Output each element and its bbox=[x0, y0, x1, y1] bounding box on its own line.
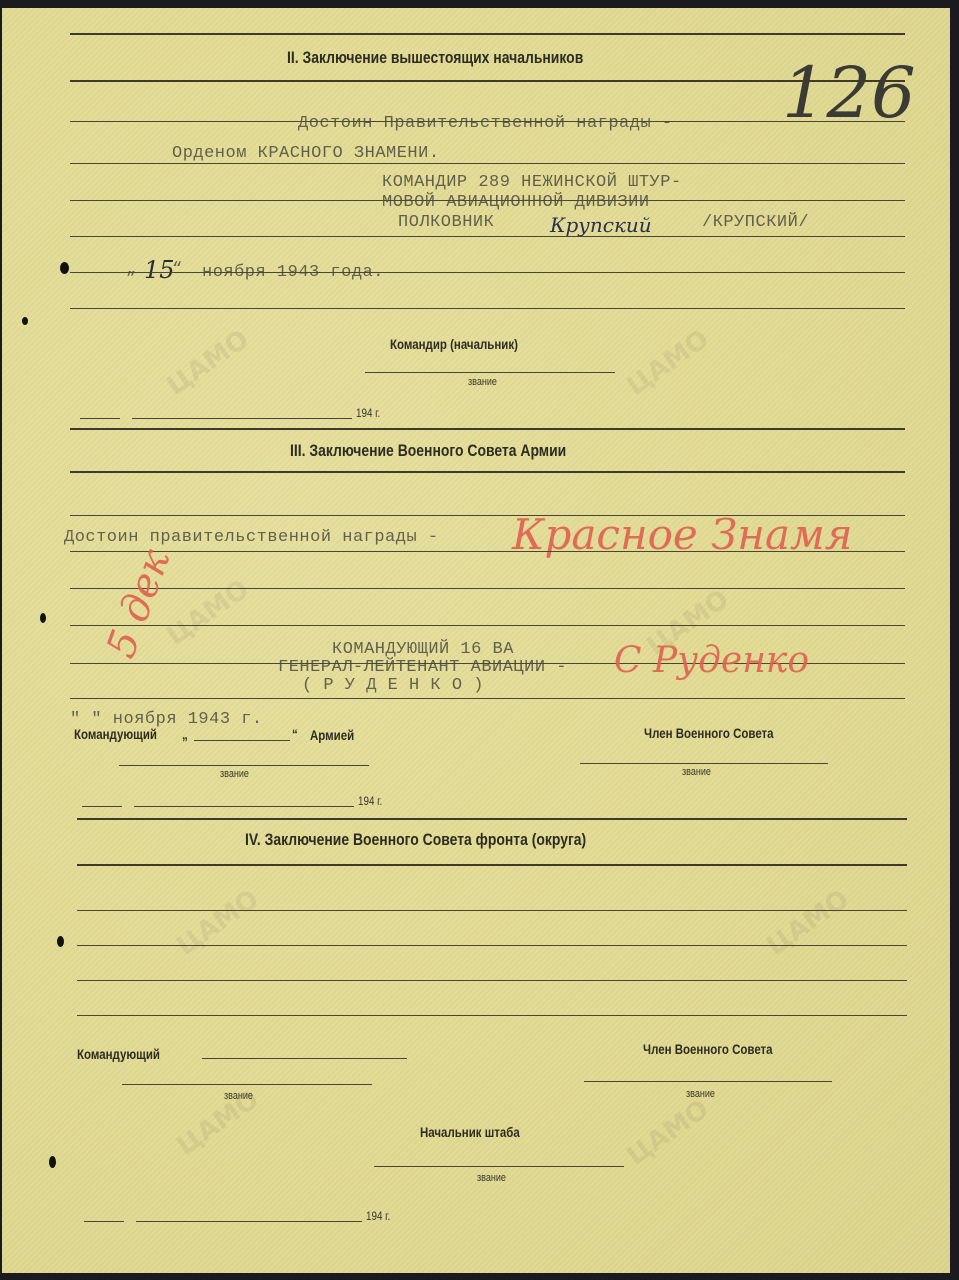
signature-rudenko-red: С Руденко bbox=[614, 640, 809, 681]
archive-watermark: ЦАМО bbox=[622, 1094, 715, 1171]
rank-caption: звание bbox=[477, 1172, 506, 1184]
archive-watermark: ЦАМО bbox=[622, 324, 715, 401]
document-page: ЦАМО ЦАМО ЦАМО ЦАМО ЦАМО ЦАМО ЦАМО ЦАМО … bbox=[2, 8, 950, 1273]
section-3-title: III. Заключение Военного Совета Армии bbox=[290, 441, 566, 461]
signature-line bbox=[584, 1081, 832, 1082]
archive-watermark: ЦАМО bbox=[162, 324, 255, 401]
signature-line bbox=[365, 372, 615, 373]
army-commander-label: Командующий bbox=[74, 726, 157, 742]
divider bbox=[77, 864, 907, 866]
date-quote-close: “ bbox=[172, 260, 183, 279]
army-quote-close: “ bbox=[292, 726, 298, 742]
date-month-line bbox=[134, 806, 354, 807]
signer-rank-typed: ПОЛКОВНИК bbox=[398, 213, 494, 232]
signer-title-typed: КОМАНДИР 289 НЕЖИНСКОЙ ШТУР- bbox=[382, 173, 682, 192]
signer-name-typed: ( Р У Д Е Н К О ) bbox=[302, 676, 484, 695]
divider bbox=[70, 471, 905, 473]
rank-caption: звание bbox=[682, 766, 711, 778]
date-quote-open: „ bbox=[126, 260, 137, 279]
signature-line bbox=[122, 1084, 372, 1085]
date-handwritten-red: 5 дек bbox=[98, 544, 179, 664]
form-line bbox=[70, 625, 905, 626]
year-label: 194 г. bbox=[366, 1209, 390, 1223]
signature-krupsky: Крупский bbox=[550, 213, 652, 237]
date-day-line bbox=[82, 806, 122, 807]
divider bbox=[70, 80, 905, 82]
chief-of-staff-label: Начальник штаба bbox=[420, 1124, 520, 1140]
date-day-line bbox=[84, 1221, 124, 1222]
archive-watermark: ЦАМО bbox=[172, 884, 265, 961]
front-commander-label: Командующий bbox=[77, 1046, 160, 1062]
date-month-line bbox=[132, 418, 352, 419]
council-member-label: Член Военного Совета bbox=[643, 1041, 773, 1057]
signer-rank-typed: ГЕНЕРАЛ-ЛЕЙТЕНАНТ АВИАЦИИ - bbox=[278, 658, 567, 677]
commander-label: Командир (начальник) bbox=[390, 336, 518, 352]
rank-caption: звание bbox=[224, 1090, 253, 1102]
form-line bbox=[70, 163, 905, 164]
form-line bbox=[77, 945, 907, 946]
punch-hole bbox=[49, 1156, 56, 1168]
army-quote-open: „ bbox=[182, 726, 188, 742]
signature-line bbox=[580, 763, 828, 764]
form-line bbox=[70, 308, 905, 309]
signature-line bbox=[119, 765, 369, 766]
year-label: 194 г. bbox=[358, 794, 382, 808]
form-line bbox=[77, 910, 907, 911]
form-line bbox=[70, 551, 905, 552]
section-4-title: IV. Заключение Военного Совета фронта (о… bbox=[245, 830, 586, 850]
punch-hole bbox=[60, 262, 69, 274]
archive-watermark: ЦАМО bbox=[762, 884, 855, 961]
date-day-handwritten: 15 bbox=[144, 256, 175, 284]
signer-title-typed: КОМАНДУЮЩИЙ 16 ВА bbox=[332, 640, 514, 659]
rank-caption: звание bbox=[220, 768, 249, 780]
recommendation-typed: Достоин правительственной награды - bbox=[64, 528, 439, 547]
signature-line bbox=[374, 1166, 624, 1167]
section-2-title: II. Заключение вышестоящих начальников bbox=[287, 48, 583, 68]
council-member-label: Член Военного Совета bbox=[644, 725, 774, 741]
army-label: Армией bbox=[310, 727, 354, 743]
form-line bbox=[70, 588, 905, 589]
army-number-line bbox=[194, 740, 290, 741]
form-line bbox=[70, 236, 905, 237]
rank-caption: звание bbox=[686, 1088, 715, 1100]
punch-hole bbox=[57, 936, 64, 947]
recommendation-typed: Достоин Правительственной награды - bbox=[298, 114, 673, 133]
date-month-line bbox=[136, 1221, 362, 1222]
divider bbox=[77, 818, 907, 820]
form-line bbox=[70, 698, 905, 699]
year-label: 194 г. bbox=[356, 406, 380, 420]
signer-name-typed: /КРУПСКИЙ/ bbox=[702, 213, 809, 232]
punch-hole bbox=[40, 613, 46, 623]
form-line bbox=[70, 272, 905, 273]
signer-title-typed: МОВОЙ АВИАЦИОННОЙ ДИВИЗИИ bbox=[382, 193, 650, 212]
punch-hole bbox=[22, 317, 28, 325]
form-line bbox=[77, 1015, 907, 1016]
award-typed: Орденом КРАСНОГО ЗНАМЕНИ. bbox=[172, 144, 440, 163]
form-line bbox=[77, 980, 907, 981]
divider bbox=[70, 33, 905, 35]
rank-caption: звание bbox=[468, 376, 497, 388]
date-day-line bbox=[80, 418, 120, 419]
commander-name-line bbox=[202, 1058, 407, 1059]
divider bbox=[70, 428, 905, 430]
archive-watermark: ЦАМО bbox=[162, 574, 255, 651]
